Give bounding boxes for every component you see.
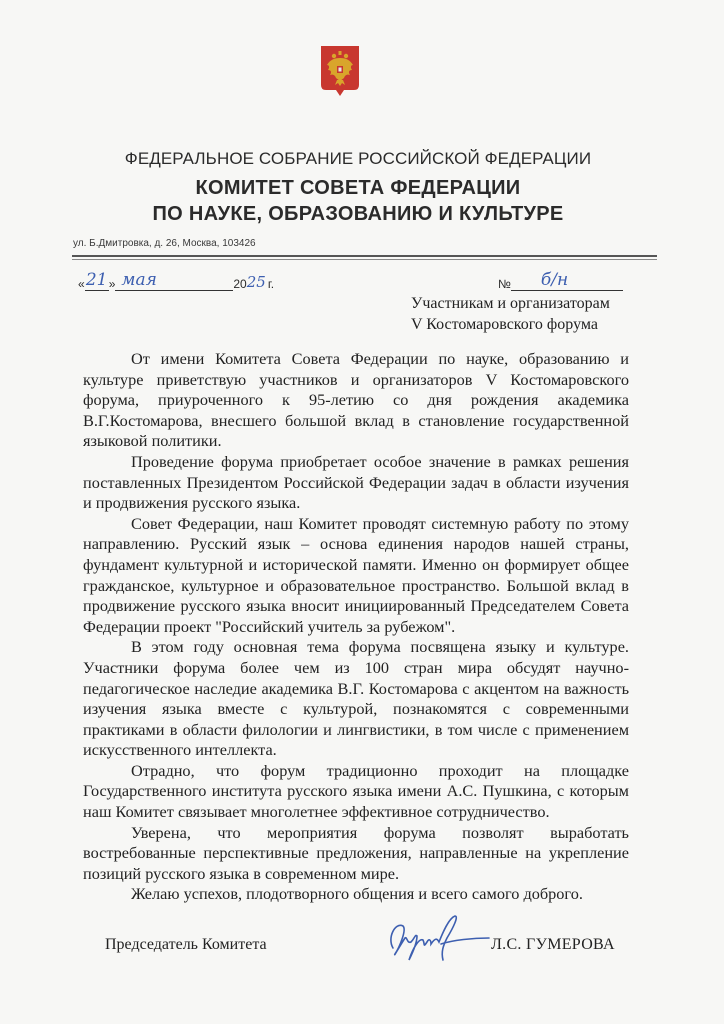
date-year-suffix: г. (268, 277, 274, 291)
letterhead-org-line: ФЕДЕРАЛЬНОЕ СОБРАНИЕ РОССИЙСКОЙ ФЕДЕРАЦИ… (0, 149, 720, 169)
date-year-prefix: 20 (233, 277, 246, 291)
letter-page: ФЕДЕРАЛЬНОЕ СОБРАНИЕ РОССИЙСКОЙ ФЕДЕРАЦИ… (0, 0, 724, 1024)
letterhead-committee-line: КОМИТЕТ СОВЕТА ФЕДЕРАЦИИ (0, 177, 720, 200)
date-year-handwritten: 25 (247, 273, 266, 291)
addressee-line-1: Участникам и организаторам (411, 293, 610, 314)
addressee-line-2: V Костомаровского форума (411, 314, 610, 335)
letterhead-rule-thick (72, 255, 657, 257)
body-paragraph: В этом году основная тема форума посвяще… (83, 637, 629, 761)
signatory-title: Председатель Комитета (105, 936, 267, 954)
date-open-quote: « (78, 277, 85, 291)
body-paragraph: Совет Федерации, наш Комитет проводят си… (83, 514, 629, 638)
date-month: мая (115, 270, 233, 291)
letterhead-committee-subline: ПО НАУКЕ, ОБРАЗОВАНИЮ И КУЛЬТУРЕ (0, 203, 720, 226)
number-label: № (498, 277, 511, 291)
letterhead-address: ул. Б.Дмитровка, д. 26, Москва, 103426 (73, 238, 256, 249)
letter-body: От имени Комитета Совета Федерации по на… (83, 349, 629, 905)
body-paragraph: От имени Комитета Совета Федерации по на… (83, 349, 629, 452)
body-paragraph: Уверена, что мероприятия форума позволят… (83, 823, 629, 885)
coat-of-arms-icon (320, 45, 360, 97)
letterhead-rule-thin (72, 259, 657, 260)
body-paragraph: Проведение форума приобретает особое зна… (83, 452, 629, 514)
addressee-block: Участникам и организаторам V Костомаровс… (411, 293, 610, 335)
signatory-name: Л.С. ГУМЕРОВА (491, 936, 615, 954)
letter-date: « 21 » мая 20 25 г. (78, 270, 274, 291)
date-close-quote: » (109, 277, 116, 291)
date-day: 21 (85, 270, 109, 291)
letter-number: № б/н (498, 270, 623, 291)
body-paragraph: Отрадно, что форум традиционно проходит … (83, 761, 629, 823)
number-value: б/н (511, 270, 623, 291)
handwritten-signature-icon (373, 908, 493, 968)
body-paragraph: Желаю успехов, плодотворного общения и в… (83, 884, 629, 905)
